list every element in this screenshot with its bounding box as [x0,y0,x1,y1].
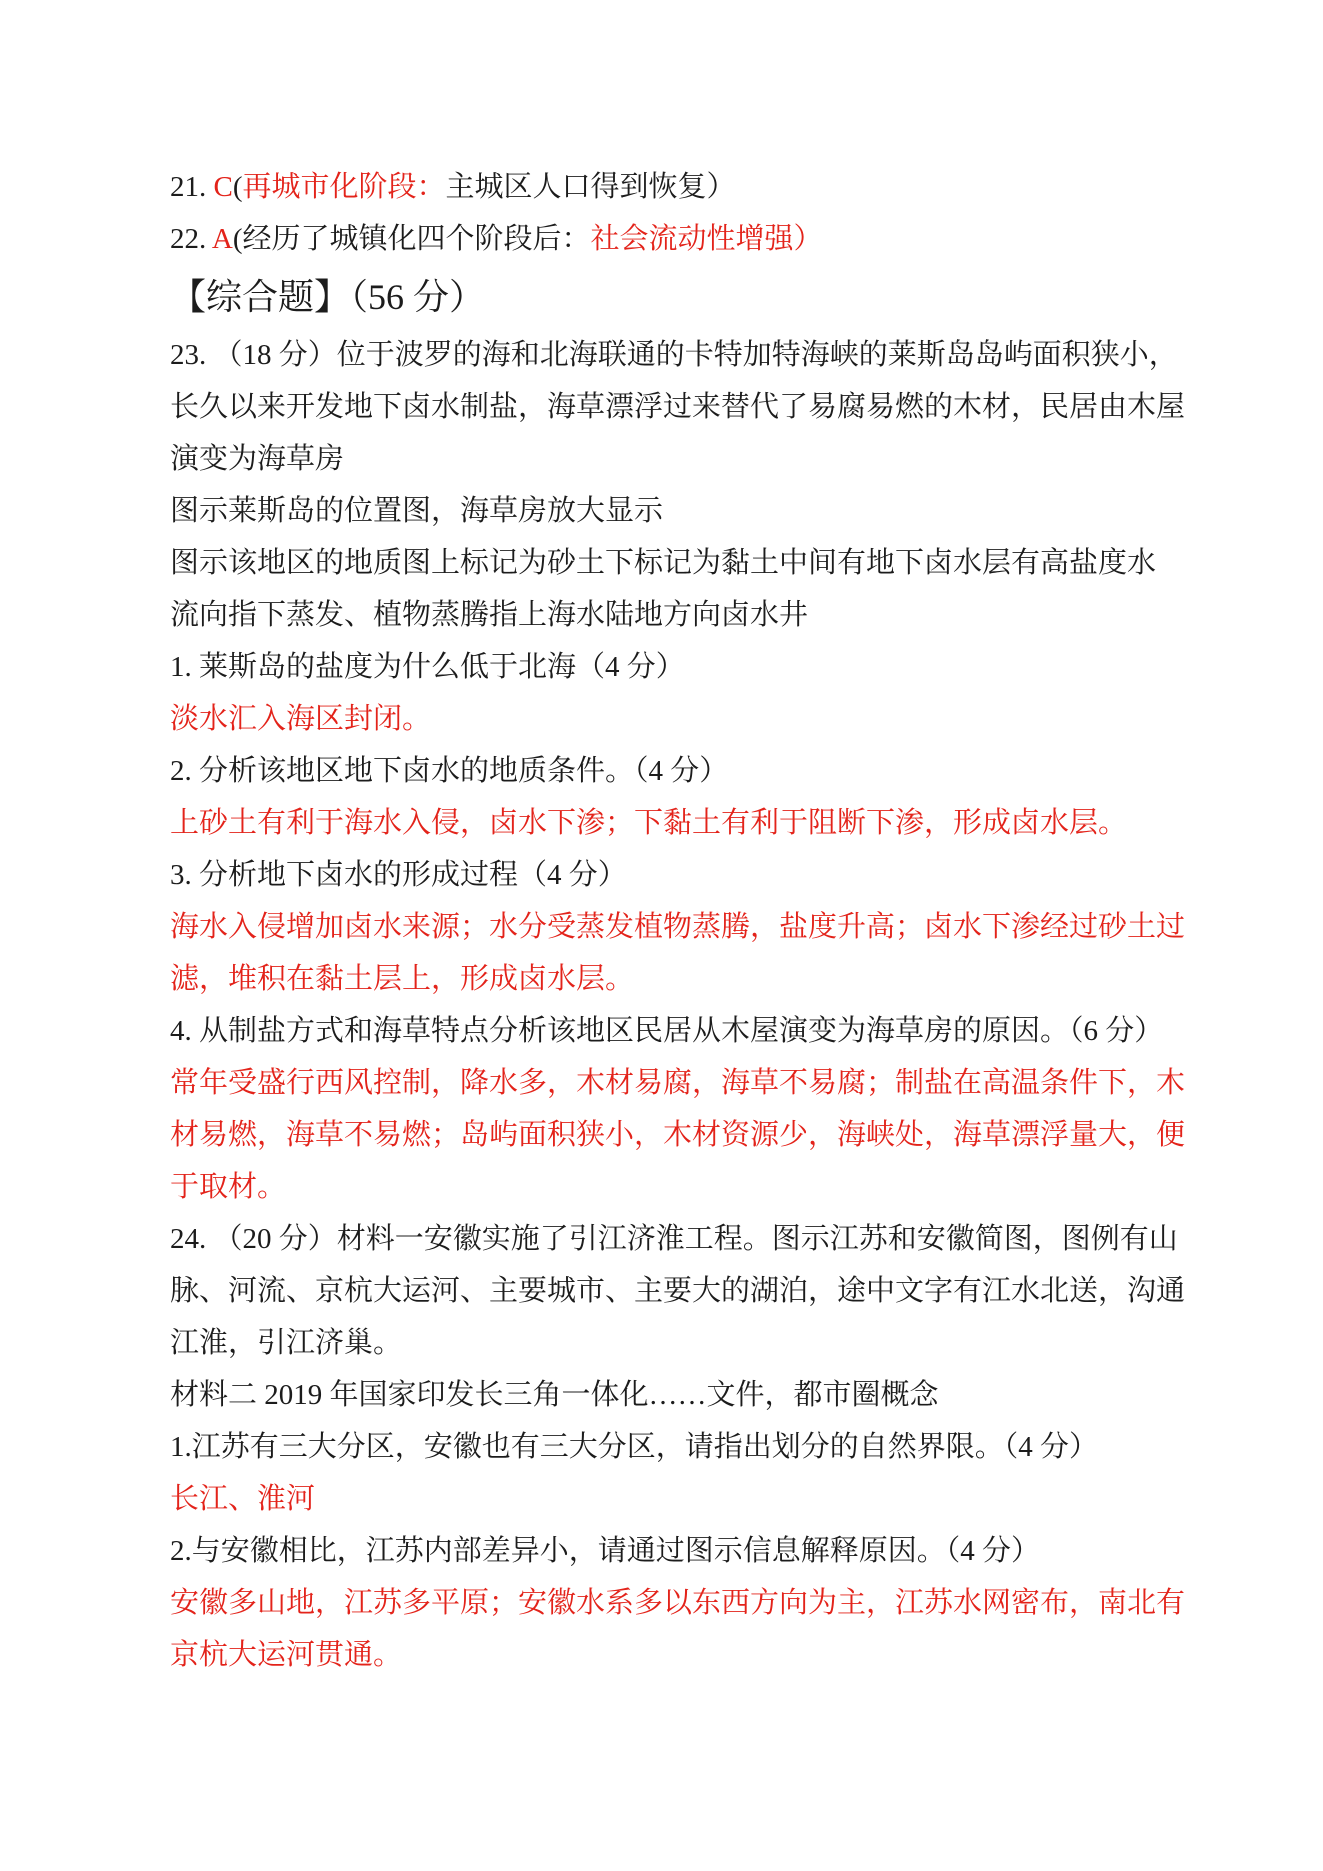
document-content: 21. C(再城市化阶段：主城区人口得到恢复） 22. A(经历了城镇化四个阶段… [0,0,1323,1681]
comprehensive-section-heading: 【综合题】（56 分） [170,265,1163,329]
answer-letter: A [212,223,233,255]
text-segment: (经历了城镇化四个阶段后： [233,223,591,255]
q23-sub2-answer: 上砂土有利于海水入侵，卤水下渗；下黏土有利于阻断下渗，形成卤水层。 [170,797,1163,849]
answer-text-segment: 海水入侵增加卤水来源；水分受蒸发植物蒸腾，盐度升高；卤水下渗经过砂土过 [170,911,1185,943]
text-segment: 1.江苏有三大分区，安徽也有三大分区，请指出划分的自然界限。（4 分） [170,1431,1098,1463]
q23-sub1-answer: 淡水汇入海区封闭。 [170,693,1163,745]
text-segment: 23. （18 分）位于波罗的海和北海联通的卡特加特海峡的莱斯岛岛屿面积狭小， [170,339,1178,371]
answer-text-segment: 京杭大运河贯通。 [170,1639,402,1671]
q24-sub2-question: 2.与安徽相比，江苏内部差异小，请通过图示信息解释原因。（4 分） [170,1525,1163,1577]
answer-text-segment: 常年受盛行西风控制，降水多，木材易腐，海草不易腐；制盐在高温条件下，木 [170,1067,1185,1099]
q24-intro-line-3: 江淮，引江济巢。 [170,1317,1163,1369]
q23-sub3-answer-line-1: 海水入侵增加卤水来源；水分受蒸发植物蒸腾，盐度升高；卤水下渗经过砂土过 [170,901,1163,953]
q23-intro-line-3: 演变为海草房 [170,433,1163,485]
q24-material2-line: 材料二 2019 年国家印发长三角一体化……文件，都市圈概念 [170,1369,1163,1421]
q24-intro-line-2: 脉、河流、京杭大运河、主要城市、主要大的湖泊，途中文字有江水北送，沟通 [170,1265,1163,1317]
q24-sub2-answer-line-2: 京杭大运河贯通。 [170,1629,1163,1681]
text-segment: 21. [170,171,214,203]
answer-text-segment: 长江、淮河 [170,1483,315,1515]
text-segment: 演变为海草房 [170,443,344,475]
heading-text: 【综合题】（56 分） [170,277,485,317]
answer-letter: C [214,171,233,203]
text-segment: 24. （20 分）材料一安徽实施了引江济淮工程。图示江苏和安徽简图，图例有山 [170,1223,1178,1255]
q23-sub3-question: 3. 分析地下卤水的形成过程（4 分） [170,849,1163,901]
q23-intro-line-1: 23. （18 分）位于波罗的海和北海联通的卡特加特海峡的莱斯岛岛屿面积狭小， [170,329,1163,381]
q23-sub2-question: 2. 分析该地区地下卤水的地质条件。（4 分） [170,745,1163,797]
text-segment: 流向指下蒸发、植物蒸腾指上海水陆地方向卤水井 [170,599,808,631]
text-segment: 材料二 2019 年国家印发长三角一体化……文件，都市圈概念 [170,1379,939,1411]
text-segment: 脉、河流、京杭大运河、主要城市、主要大的湖泊，途中文字有江水北送，沟通 [170,1275,1185,1307]
answer-22-line: 22. A(经历了城镇化四个阶段后：社会流动性增强） [170,213,1163,265]
q24-intro-line-1: 24. （20 分）材料一安徽实施了引江济淮工程。图示江苏和安徽简图，图例有山 [170,1213,1163,1265]
answer-text-segment: 再城市化阶段： [243,171,446,203]
answer-text-segment: 材易燃，海草不易燃；岛屿面积狭小，木材资源少，海峡处，海草漂浮量大，便 [170,1119,1185,1151]
text-segment: 1. 莱斯岛的盐度为什么低于北海（4 分） [170,651,685,683]
answer-text-segment: 安徽多山地，江苏多平原；安徽水系多以东西方向为主，江苏水网密布，南北有 [170,1587,1185,1619]
text-segment: ( [233,171,243,203]
q23-sub4-answer-line-2: 材易燃，海草不易燃；岛屿面积狭小，木材资源少，海峡处，海草漂浮量大，便 [170,1109,1163,1161]
text-segment: 长久以来开发地下卤水制盐，海草漂浮过来替代了易腐易燃的木材，民居由木屋 [170,391,1185,423]
q23-sub4-answer-line-1: 常年受盛行西风控制，降水多，木材易腐，海草不易腐；制盐在高温条件下，木 [170,1057,1163,1109]
text-segment: 图示莱斯岛的位置图，海草房放大显示 [170,495,663,527]
q23-intro-line-2: 长久以来开发地下卤水制盐，海草漂浮过来替代了易腐易燃的木材，民居由木屋 [170,381,1163,433]
q24-sub1-question: 1.江苏有三大分区，安徽也有三大分区，请指出划分的自然界限。（4 分） [170,1421,1163,1473]
text-segment: 3. 分析地下卤水的形成过程（4 分） [170,859,627,891]
q23-figure-note-2-line-2: 流向指下蒸发、植物蒸腾指上海水陆地方向卤水井 [170,589,1163,641]
q24-sub1-answer: 长江、淮河 [170,1473,1163,1525]
q23-sub4-answer-line-3: 于取材。 [170,1161,1163,1213]
answer-text-segment: 社会流动性增强） [591,223,823,255]
q23-sub1-question: 1. 莱斯岛的盐度为什么低于北海（4 分） [170,641,1163,693]
document-page: 21. C(再城市化阶段：主城区人口得到恢复） 22. A(经历了城镇化四个阶段… [0,0,1323,1871]
answer-text-segment: 于取材。 [170,1171,286,1203]
text-segment: 江淮，引江济巢。 [170,1327,402,1359]
answer-text-segment: 滤，堆积在黏土层上，形成卤水层。 [170,963,634,995]
text-segment: 2. 分析该地区地下卤水的地质条件。（4 分） [170,755,728,787]
text-segment: 4. 从制盐方式和海草特点分析该地区民居从木屋演变为海草房的原因。（6 分） [170,1015,1163,1047]
answer-text-segment: 上砂土有利于海水入侵，卤水下渗；下黏土有利于阻断下渗，形成卤水层。 [170,807,1127,839]
text-segment: 主城区人口得到恢复） [446,171,736,203]
text-segment: 2.与安徽相比，江苏内部差异小，请通过图示信息解释原因。（4 分） [170,1535,1040,1567]
q23-figure-note-1: 图示莱斯岛的位置图，海草房放大显示 [170,485,1163,537]
answer-text-segment: 淡水汇入海区封闭。 [170,703,431,735]
text-segment: 图示该地区的地质图上标记为砂土下标记为黏土中间有地下卤水层有高盐度水 [170,547,1156,579]
q23-figure-note-2-line-1: 图示该地区的地质图上标记为砂土下标记为黏土中间有地下卤水层有高盐度水 [170,537,1163,589]
q23-sub4-question: 4. 从制盐方式和海草特点分析该地区民居从木屋演变为海草房的原因。（6 分） [170,1005,1163,1057]
q23-sub3-answer-line-2: 滤，堆积在黏土层上，形成卤水层。 [170,953,1163,1005]
q24-sub2-answer-line-1: 安徽多山地，江苏多平原；安徽水系多以东西方向为主，江苏水网密布，南北有 [170,1577,1163,1629]
text-segment: 22. [170,223,212,255]
answer-21-line: 21. C(再城市化阶段：主城区人口得到恢复） [170,161,1163,213]
